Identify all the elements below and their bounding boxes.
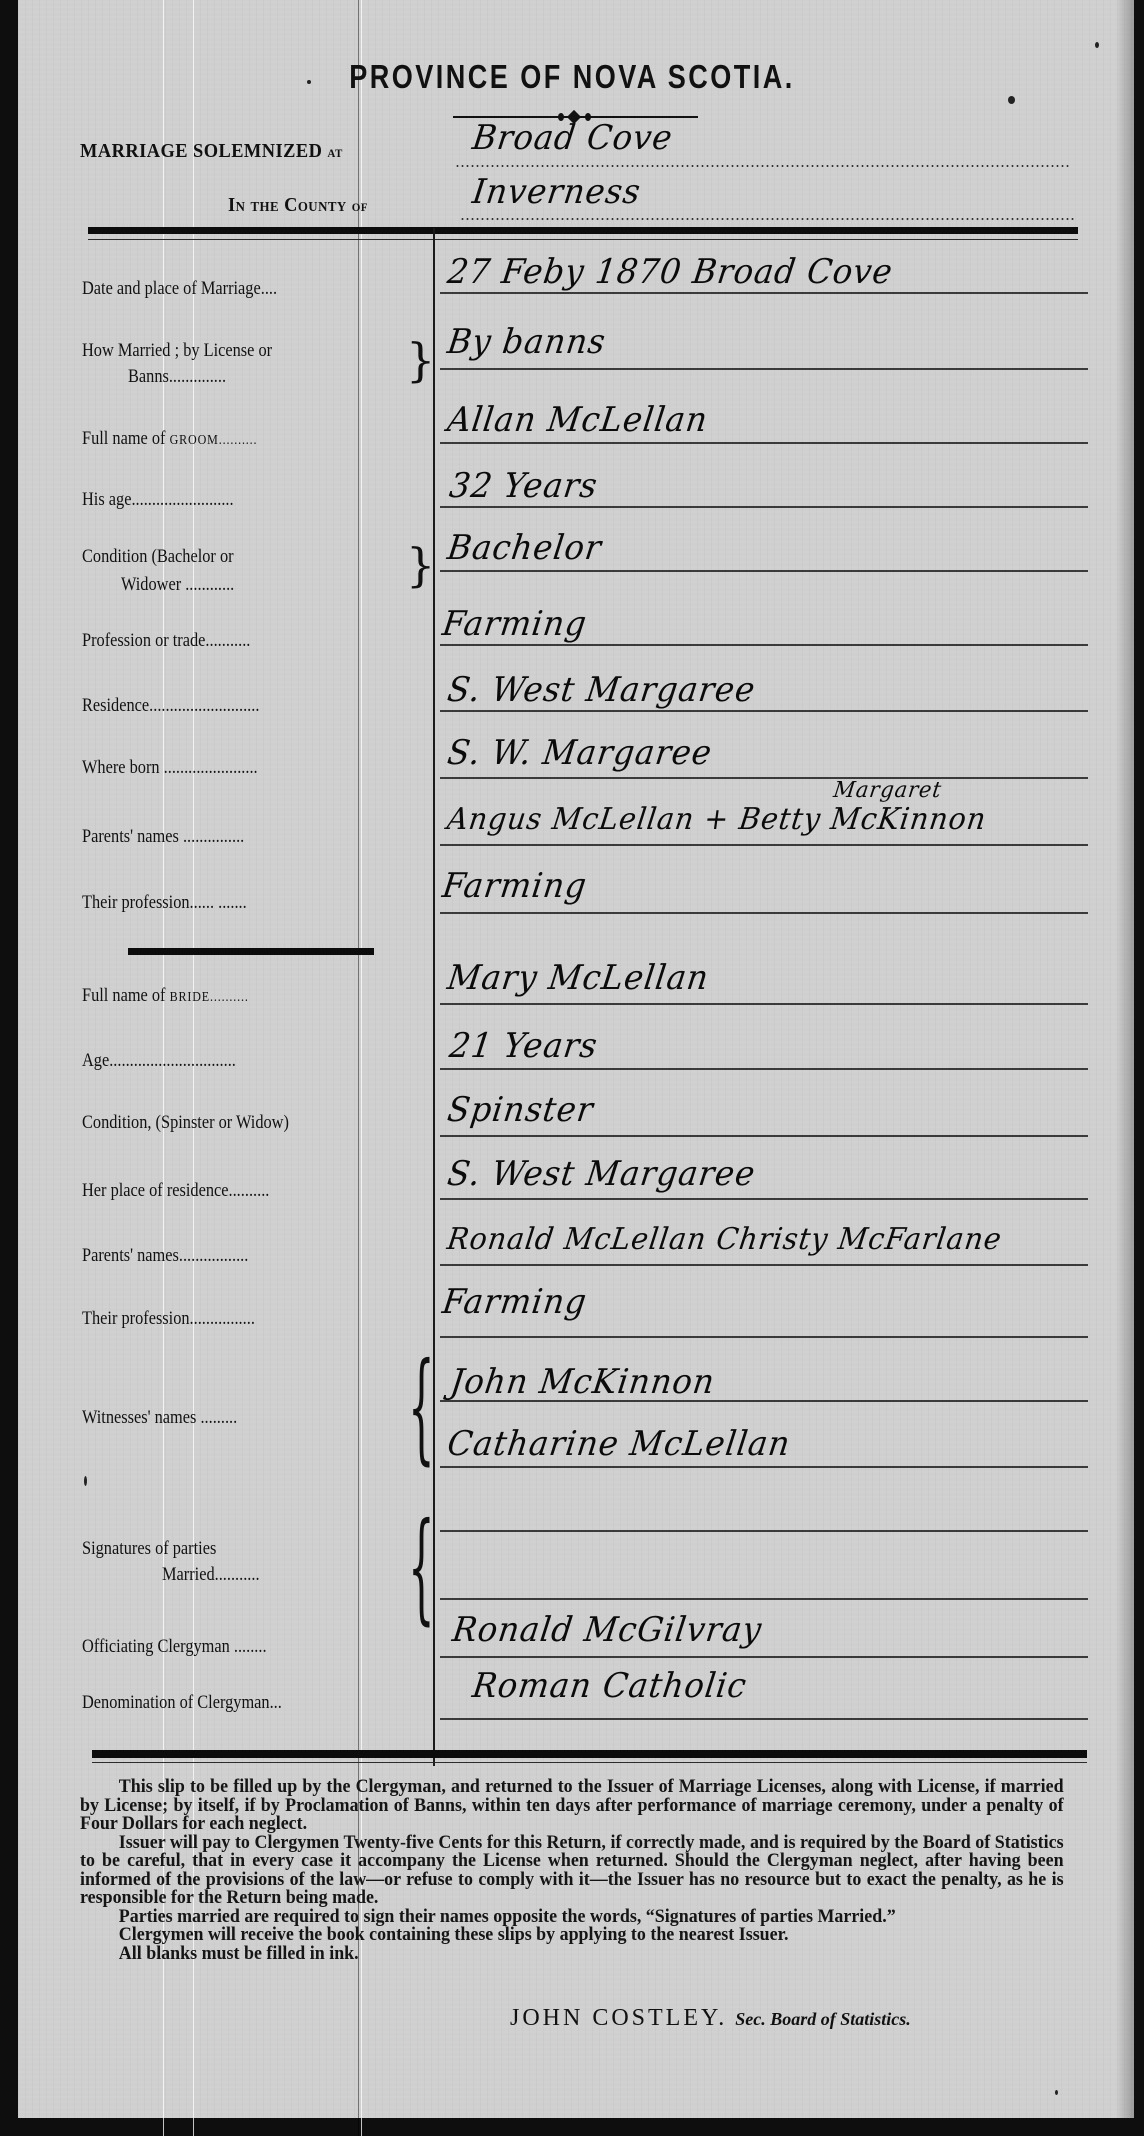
label-groom-name: Full name of GROOM.......... bbox=[82, 428, 257, 450]
value-his-age: 32 Years bbox=[447, 466, 600, 506]
label-how-married-2: Banns.............. bbox=[128, 366, 226, 388]
label-bride-age: Age............................... bbox=[82, 1050, 236, 1072]
value-bride-parents: Ronald McLellan Christy McFarlane bbox=[445, 1222, 1004, 1257]
footer-role: Sec. Board of Statistics. bbox=[735, 2009, 911, 2029]
label-bride-residence: Her place of residence.......... bbox=[82, 1180, 269, 1202]
brace-icon: { bbox=[408, 1508, 435, 1628]
groom-parents-annotation: Margaret bbox=[832, 778, 943, 803]
instruction-paragraph: Parties married are required to sign the… bbox=[80, 1908, 1064, 1927]
fill-line bbox=[440, 1400, 1088, 1402]
label-date-place: Date and place of Marriage.... bbox=[82, 278, 277, 300]
label-bride-name: Full name of BRIDE.......... bbox=[82, 985, 249, 1007]
fill-line bbox=[440, 506, 1088, 508]
instruction-paragraph: Issuer will pay to Clergymen Twenty-five… bbox=[80, 1834, 1064, 1908]
paper-speck bbox=[307, 80, 311, 84]
fill-line bbox=[440, 912, 1088, 914]
solemnized-dotline bbox=[455, 165, 1070, 167]
signature-line-1[interactable] bbox=[440, 1530, 1088, 1532]
footer-name: JOHN COSTLEY. bbox=[510, 2005, 727, 2031]
value-groom-parents: Angus McLellan + Betty McKinnon bbox=[445, 802, 989, 837]
footer-signature: JOHN COSTLEY.Sec. Board of Statistics. bbox=[510, 2005, 911, 2032]
label-his-age: His age......................... bbox=[82, 489, 234, 511]
value-witness-1: John McKinnon bbox=[448, 1362, 717, 1402]
label-signatures-2: Married........... bbox=[162, 1564, 260, 1586]
value-residence: S. West Margaree bbox=[445, 670, 758, 710]
label-signatures-1: Signatures of parties bbox=[82, 1538, 216, 1560]
fill-line bbox=[440, 1656, 1088, 1658]
solemnized-value: Broad Cove bbox=[470, 118, 675, 158]
value-bride-condition: Spinster bbox=[445, 1090, 596, 1130]
value-groom-parents-profession: Farming bbox=[440, 866, 589, 906]
signature-line-2[interactable] bbox=[440, 1598, 1088, 1600]
label-how-married-1: How Married ; by License or bbox=[82, 340, 272, 362]
value-how-married: By banns bbox=[445, 322, 608, 362]
fill-line bbox=[440, 1336, 1088, 1338]
fill-line bbox=[440, 1718, 1088, 1720]
fill-line bbox=[440, 1003, 1088, 1005]
header-rule bbox=[88, 227, 1078, 234]
value-bride-age: 21 Years bbox=[447, 1026, 600, 1066]
brace-icon: } bbox=[406, 542, 435, 588]
label-clergyman: Officiating Clergyman ........ bbox=[82, 1636, 267, 1658]
fill-line bbox=[440, 644, 1088, 646]
instruction-paragraph: This slip to be filled up by the Clergym… bbox=[80, 1778, 1064, 1834]
label-witnesses: Witnesses' names ......... bbox=[82, 1407, 237, 1429]
label-groom-parents: Parents' names ............... bbox=[82, 826, 244, 848]
instruction-paragraph: All blanks must be filled in ink. bbox=[80, 1945, 1064, 1964]
fill-line bbox=[440, 777, 1088, 779]
footer-rule-thin bbox=[92, 1762, 1087, 1763]
fill-line bbox=[440, 1135, 1088, 1137]
header-rule-thin bbox=[88, 239, 1078, 240]
fill-line bbox=[440, 292, 1088, 294]
value-denomination: Roman Catholic bbox=[470, 1666, 749, 1706]
label-profession: Profession or trade........... bbox=[82, 630, 250, 652]
value-condition: Bachelor bbox=[445, 528, 604, 568]
value-clergyman: Ronald McGilvray bbox=[450, 1610, 764, 1650]
value-groom-name: Allan McLellan bbox=[445, 400, 710, 440]
instruction-paragraph: Clergymen will receive the book containi… bbox=[80, 1926, 1064, 1945]
county-dotline bbox=[460, 218, 1075, 220]
section-divider bbox=[128, 948, 374, 955]
fill-line bbox=[440, 710, 1088, 712]
solemnized-label: MARRIAGE SOLEMNIZED AT bbox=[80, 140, 343, 163]
value-witness-2: Catharine McLellan bbox=[445, 1424, 793, 1464]
label-bride-parents: Parents' names................. bbox=[82, 1245, 248, 1267]
label-where-born: Where born ....................... bbox=[82, 757, 258, 779]
paper-speck bbox=[84, 1476, 87, 1486]
fill-line bbox=[440, 1068, 1088, 1070]
footer-rule bbox=[92, 1750, 1087, 1758]
value-date-place: 27 Feby 1870 Broad Cove bbox=[445, 252, 895, 292]
edge-shadow bbox=[1116, 0, 1134, 2118]
value-profession: Farming bbox=[440, 604, 589, 644]
brace-icon: } bbox=[406, 337, 435, 383]
label-denomination: Denomination of Clergyman... bbox=[82, 1692, 282, 1714]
brace-icon: { bbox=[408, 1348, 435, 1468]
label-bride-condition: Condition, (Spinster or Widow) bbox=[82, 1112, 289, 1134]
fill-line bbox=[440, 442, 1088, 444]
county-value: Inverness bbox=[470, 172, 643, 212]
fill-line bbox=[440, 1198, 1088, 1200]
document-title: PROVINCE OF NOVA SCOTIA. bbox=[103, 58, 1041, 96]
fill-line bbox=[440, 1264, 1088, 1266]
paper-speck bbox=[1055, 2090, 1058, 2095]
value-bride-parents-profession: Farming bbox=[440, 1282, 589, 1322]
value-bride-residence: S. West Margaree bbox=[445, 1154, 758, 1194]
value-bride-name: Mary McLellan bbox=[445, 958, 711, 998]
paper-speck bbox=[1095, 42, 1099, 48]
label-groom-parents-profession: Their profession...... ....... bbox=[82, 892, 247, 914]
label-residence: Residence........................... bbox=[82, 695, 259, 717]
value-where-born: S. W. Margaree bbox=[445, 733, 715, 773]
instructions-block: This slip to be filled up by the Clergym… bbox=[80, 1778, 1064, 1963]
county-label: In the County OF bbox=[228, 194, 368, 217]
label-condition-2: Widower ............ bbox=[121, 574, 234, 596]
label-bride-parents-profession: Their profession................ bbox=[82, 1308, 255, 1330]
fill-line bbox=[440, 570, 1088, 572]
fill-line bbox=[440, 368, 1088, 370]
fill-line bbox=[440, 844, 1088, 846]
label-condition-1: Condition (Bachelor or bbox=[82, 546, 234, 568]
paper-speck bbox=[1008, 96, 1015, 104]
fill-line bbox=[440, 1466, 1088, 1468]
